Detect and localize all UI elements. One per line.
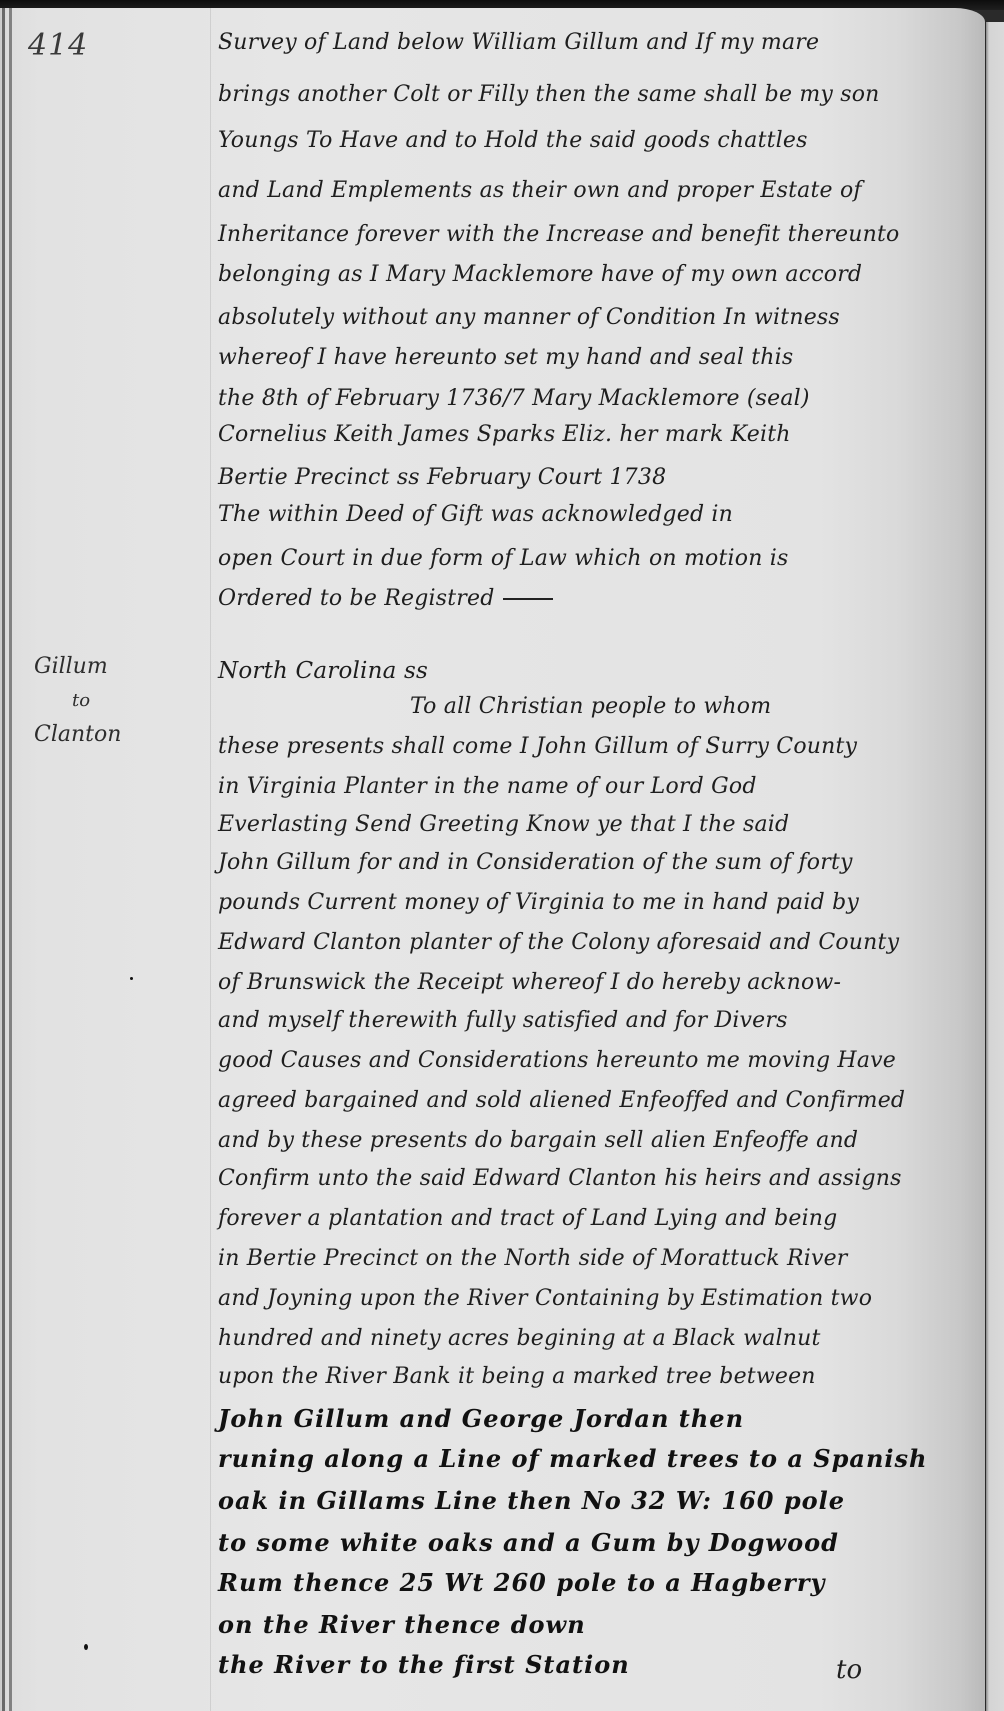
deed-heading: North Carolina ss	[218, 658, 428, 684]
margin-note-to: to	[34, 684, 184, 718]
text-line: on the River thence down	[218, 1610, 586, 1639]
text-line: these presents shall come I John Gillum …	[218, 734, 857, 759]
text-line: open Court in due form of Law which on m…	[218, 546, 789, 571]
text-line: John Gillum and George Jordan then	[218, 1404, 744, 1433]
text-line: in Bertie Precinct on the North side of …	[218, 1246, 848, 1271]
text-line: Youngs To Have and to Hold the said good…	[218, 128, 808, 153]
text-line: agreed bargained and sold aliened Enfeof…	[218, 1088, 905, 1113]
margin-rule	[210, 8, 211, 1711]
text-line: the River to the first Station	[218, 1650, 630, 1679]
text-line: forever a plantation and tract of Land L…	[218, 1206, 837, 1231]
text-line: oak in Gillams Line then No 32 W: 160 po…	[218, 1486, 845, 1515]
text-line: whereof I have hereunto set my hand and …	[218, 345, 793, 370]
left-border-rule-outer	[2, 8, 5, 1711]
text-line: Confirm unto the said Edward Clanton his…	[218, 1166, 902, 1191]
ink-speck	[130, 977, 133, 980]
signature-line: the 8th of February 1736/7 Mary Macklemo…	[218, 386, 810, 411]
text-line: Rum thence 25 Wt 260 pole to a Hagberry	[218, 1568, 825, 1597]
text-line: of Brunswick the Receipt whereof I do he…	[218, 970, 841, 995]
text-line: belonging as I Mary Macklemore have of m…	[218, 262, 862, 287]
text-line: and Joyning upon the River Containing by…	[218, 1286, 872, 1311]
text-line: The within Deed of Gift was acknowledged…	[218, 502, 733, 527]
witness-line: Cornelius Keith James Sparks Eliz. her m…	[218, 422, 791, 447]
text-line: and Land Emplements as their own and pro…	[218, 178, 862, 203]
text-line: Survey of Land below William Gillum and …	[218, 30, 819, 55]
margin-note-grantee: Clanton	[34, 718, 184, 752]
text-line: To all Christian people to whom	[410, 694, 771, 719]
text-line: brings another Colt or Filly then the sa…	[218, 82, 880, 107]
text-line: absolutely without any manner of Conditi…	[218, 305, 840, 330]
left-border-rule-inner	[9, 8, 12, 1711]
registered-text: Ordered to be Registred	[218, 586, 495, 611]
margin-note: Gillum to Clanton	[34, 650, 184, 752]
text-line: runing along a Line of marked trees to a…	[218, 1444, 927, 1473]
text-line: Everlasting Send Greeting Know ye that I…	[218, 812, 789, 837]
text-line: Edward Clanton planter of the Colony afo…	[218, 930, 899, 955]
margin-note-grantor: Gillum	[34, 650, 184, 684]
text-line: hundred and ninety acres begining at a B…	[218, 1326, 821, 1351]
catchword: to	[836, 1655, 862, 1685]
scanned-page-image: 414 Gillum to Clanton Survey of Land bel…	[0, 0, 1004, 1711]
text-line: in Virginia Planter in the name of our L…	[218, 774, 757, 799]
ink-speck	[84, 1644, 88, 1650]
text-line: John Gillum for and in Consideration of …	[218, 850, 853, 875]
text-line: to some white oaks and a Gum by Dogwood	[218, 1528, 839, 1557]
text-line: and myself therewith fully satisfied and…	[218, 1008, 788, 1033]
end-dash	[503, 598, 553, 600]
next-page-edge	[986, 22, 1004, 1711]
text-line: upon the River Bank it being a marked tr…	[218, 1364, 816, 1389]
text-line: pounds Current money of Virginia to me i…	[218, 890, 859, 915]
text-line: good Causes and Considerations hereunto …	[218, 1048, 896, 1073]
text-line: Ordered to be Registred	[218, 586, 553, 611]
text-line: and by these presents do bargain sell al…	[218, 1128, 858, 1153]
page-number: 414	[28, 28, 88, 63]
court-line: Bertie Precinct ss February Court 1738	[218, 465, 666, 490]
text-line: Inheritance forever with the Increase an…	[218, 222, 899, 247]
